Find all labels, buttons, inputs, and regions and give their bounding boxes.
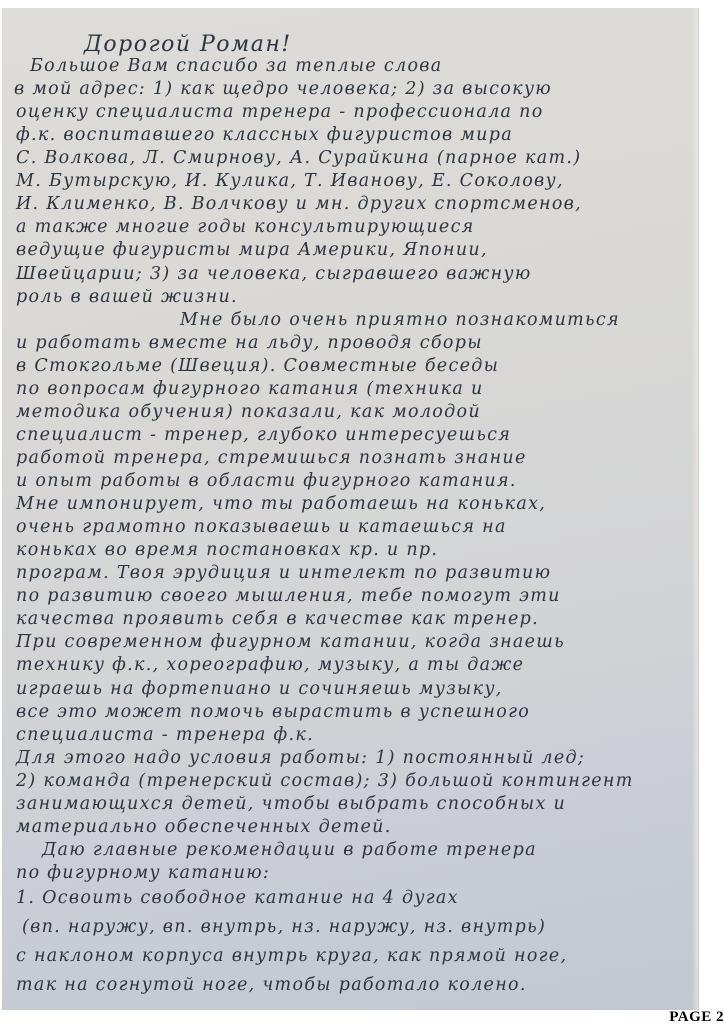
letter-line: Большое Вам спасибо за теплые слова [30,58,443,76]
letter-line: ф.к. воспитавшего классных фигуристов ми… [16,127,513,145]
letter-greeting: Дорогой Роман! [84,34,292,56]
letter-line: играешь на фортепиано и сочиняешь музыку… [16,681,503,699]
letter-line: материально обеспеченных детей. [16,819,392,837]
letter-line: оценку специалиста тренера - профессиона… [16,104,544,122]
letter-line: коньках во время постановках кр. и пр. [16,542,438,560]
letter-line: програм. Твоя эрудиция и интелект по раз… [16,565,551,583]
page-number-label: PAGE 2 [669,1009,724,1024]
letter-line: специалиста - тренера ф.к. [16,727,314,745]
letter-line: а также многие годы консультирующиеся [16,219,475,237]
recommendation-line: так на согнутой ноге, чтобы работало кол… [16,977,527,995]
letter-line: все это может помочь вырастить в успешно… [16,704,530,722]
letter-line: по фигурному катанию: [16,865,270,883]
letter-line: При современном фигурном катании, когда … [16,634,565,652]
letter-line: качества проявить себя в качестве как тр… [16,611,539,629]
letter-line: работой тренера, стремишься познать знан… [16,450,527,468]
letter-line: Швейцарии; 3) за человека, сыгравшего ва… [16,266,532,284]
letter-line: роль в вашей жизни. [16,289,238,307]
letter-line: специалист - тренер, глубоко интересуешь… [16,427,511,445]
letter-line: очень грамотно показываешь и катаешься н… [16,519,507,537]
letter-line: технику ф.к., хореографию, музыку, а ты … [16,657,524,675]
letter-line: Мне импонирует, что ты работаешь на конь… [16,496,546,514]
letter-line: методика обучения) показали, как молодой [16,404,481,422]
letter-line: по вопросам фигурного катания (техника и [16,381,484,399]
recommendation-line: 1. Освоить свободное катание на 4 дугах [16,890,459,908]
recommendation-line: (вп. наружу, вп. внутрь, нз. наружу, нз.… [22,919,546,937]
letter-line: по развитию своего мышления, тебе помогу… [16,588,561,606]
letter-line: Даю главные рекомендации в работе тренер… [42,842,537,860]
letter-line: ведущие фигуристы мира Америки, Японии, [16,242,488,260]
recommendation-line: с наклоном корпуса внутрь круга, как пря… [16,948,567,966]
letter-line: занимающихся детей, чтобы выбрать способ… [16,796,566,814]
letter-line: 2) команда (тренерский состав); 3) больш… [16,773,634,791]
letter-line: М. Бутырскую, И. Кулика, Т. Иванову, Е. … [16,173,564,191]
letter-line: С. Волкова, Л. Смирнову, А. Сурайкина (п… [16,150,581,168]
letter-line: И. Клименко, В. Волчкову и мн. других сп… [16,196,582,214]
letter-line: в мой адрес: 1) как щедро человека; 2) з… [14,81,552,99]
letter-line: и опыт работы в области фигурного катани… [16,473,517,491]
letter-line: и работать вместе на льду, проводя сборы [16,335,483,353]
letter-paper: Дорогой Роман! Большое Вам спасибо за те… [2,8,698,1010]
letter-line: в Стокгольме (Швеция). Совместные беседы [16,358,499,376]
letter-line: Для этого надо условия работы: 1) постоя… [16,750,585,768]
letter-line: Мне было очень приятно познакомиться [180,312,620,330]
